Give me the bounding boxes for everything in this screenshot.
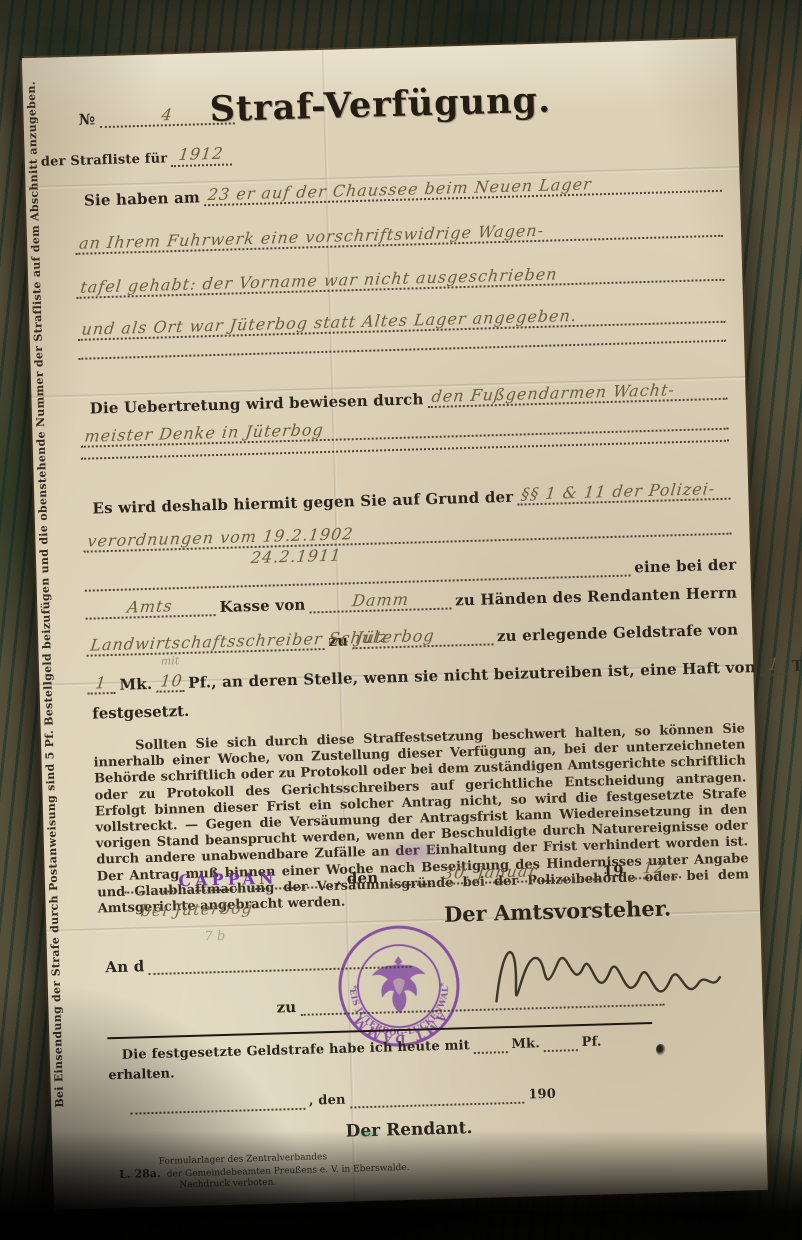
grounds-blank-2: verordnungen vom 19.2.1902 bbox=[83, 515, 731, 553]
haft-value-handwriting: 1 bbox=[767, 655, 780, 674]
offense-handwriting-3: tafel gehabt: der Vorname war nicht ausg… bbox=[79, 265, 558, 297]
rendant-row: Landwirtschaftsschreiber Schulz zu Jüter… bbox=[82, 619, 738, 658]
offense-blank-2: an Ihrem Fuhrwerk eine vorschriftswidrig… bbox=[75, 217, 723, 255]
document-paper: Bei Einsendung der Strafe durch Postanwe… bbox=[22, 38, 768, 1209]
amtsvorsteher-signature bbox=[482, 917, 735, 1039]
kasse-prefix-handwriting: Amts bbox=[127, 597, 174, 617]
receipt-den-label: , den bbox=[309, 1094, 346, 1110]
offense-blank-3: tafel gehabt: der Vorname war nicht ausg… bbox=[76, 261, 724, 299]
kasse-prefix-blank: Amts bbox=[85, 596, 216, 620]
rendant-name-handwriting: Landwirtschaftsschreiber Schulz bbox=[89, 628, 389, 655]
tage-label: Tage tritt, bbox=[792, 656, 802, 676]
offense-row-3: tafel gehabt: der Vorname war nicht ausg… bbox=[72, 261, 728, 300]
haft-value-blank: 1 bbox=[759, 655, 788, 676]
evidence-lead-label: Die Uebertretung wird bewiesen durch bbox=[90, 391, 424, 418]
offense-lead-row: Sie haben am 23 er auf der Chaussee beim… bbox=[84, 172, 726, 210]
strafliste-blank: 1912 bbox=[171, 144, 232, 167]
grounds-handwriting-1: §§ 1 & 11 der Polizei- bbox=[520, 480, 716, 504]
grounds-row-1: Es wird deshalb hiermit gegen Sie auf Gr… bbox=[92, 480, 734, 518]
margin-instruction-text: Bei Einsendung der Strafe durch Postanwe… bbox=[27, 178, 66, 1108]
receipt-mk-label: Mk. bbox=[511, 1037, 540, 1053]
pencil-note: 7 b bbox=[204, 929, 225, 945]
date-handwriting: 30. Januar bbox=[442, 862, 538, 883]
receipt-pf-label: Pf. bbox=[581, 1035, 601, 1050]
grounds-lead-label: Es wird deshalb hiermit gegen Sie auf Gr… bbox=[92, 489, 513, 518]
offense-blank-4: und als Ort war Jüterbog statt Altes Lag… bbox=[77, 303, 725, 341]
amount-row: 1 Mk. 10 Pf., an deren Stelle, wenn sie … bbox=[83, 656, 739, 695]
faint-green-mark bbox=[355, 1129, 381, 1140]
place-handwriting: bei Jüterbog bbox=[140, 898, 254, 920]
mk-value-handwriting: 1 bbox=[95, 674, 108, 693]
receipt-date-row: , den 190 bbox=[126, 1088, 556, 1115]
receipt-text-label: Die festgesetzte Geldstrafe habe ich heu… bbox=[122, 1039, 470, 1064]
offense-empty-row bbox=[74, 340, 730, 360]
receipt-place-blank bbox=[130, 1108, 305, 1115]
receipt-year-printed: 190 bbox=[528, 1088, 556, 1104]
rendant-heading: Der Rendant. bbox=[52, 1110, 766, 1150]
paper-hole bbox=[656, 1044, 666, 1056]
offense-handwriting-4: und als Ort war Jüterbog statt Altes Lag… bbox=[81, 307, 578, 339]
receipt-date-blank bbox=[350, 1102, 525, 1109]
evidence-blank-1: den Fußgendarmen Wacht- bbox=[427, 380, 728, 409]
offense-handwriting-1: 23 er auf der Chaussee beim Neuen Lager bbox=[207, 175, 593, 204]
year-handwriting: 12 bbox=[642, 859, 666, 878]
mk-label: Mk. bbox=[119, 676, 152, 694]
pf-haft-label: Pf., an deren Stelle, wenn sie nicht bei… bbox=[188, 659, 756, 692]
address-zu-label: zu bbox=[276, 999, 296, 1017]
receipt-mk-blank bbox=[474, 1051, 508, 1054]
offense-handwriting-2: an Ihrem Fuhrwerk eine vorschriftswidrig… bbox=[78, 222, 545, 253]
printer-imprint: Formularlager des Zentralverbandes L. 28… bbox=[101, 1150, 410, 1194]
strafliste-row: der Strafliste für 1912 bbox=[41, 144, 237, 170]
faint-stamp-smudge bbox=[374, 837, 455, 869]
seal-star-left: * bbox=[353, 984, 358, 995]
grounds-blank-1: §§ 1 & 11 der Polizei- bbox=[517, 480, 731, 506]
evidence-handwriting-2: meister Denke in Jüterbog bbox=[84, 421, 325, 446]
grounds-handwriting-3: 24.2.1911 bbox=[250, 546, 343, 568]
kasse-value-handwriting: Damm bbox=[351, 591, 410, 611]
erhalten-label: erhalten. bbox=[108, 1066, 175, 1083]
receipt-pf-blank bbox=[544, 1049, 578, 1052]
strafliste-year-value: 1912 bbox=[178, 145, 225, 165]
festgesetzt-label: festgesetzt. bbox=[92, 702, 189, 723]
eine-bei-der-label: eine bei der bbox=[634, 557, 737, 577]
strafliste-label: der Strafliste für bbox=[41, 152, 168, 170]
rendant-name-blank: Landwirtschaftsschreiber Schulz bbox=[86, 630, 324, 657]
den-label: , den bbox=[336, 870, 379, 888]
photo-of-document: { "header": { "no_label": "№", "no_value… bbox=[0, 0, 802, 1240]
geldstrafe-label: zu erlegende Geldstrafe von bbox=[497, 622, 739, 646]
grounds-row-2: verordnungen vom 19.2.1902 bbox=[79, 515, 735, 554]
kasse-label: Kasse von bbox=[219, 597, 305, 617]
pf-value-blank: 10 bbox=[156, 672, 185, 693]
zu-value-blank: Jüterbog bbox=[352, 625, 493, 649]
an-d-label: An d bbox=[105, 958, 145, 976]
zu-value-handwriting: Jüterbog bbox=[355, 627, 435, 648]
year-blank: 12 bbox=[628, 858, 682, 880]
offense-blank-1: 23 er auf der Chaussee beim Neuen Lager bbox=[204, 172, 722, 207]
form-reference: L. 28a. bbox=[119, 1167, 161, 1181]
offense-row-2: an Ihrem Fuhrwerk eine vorschriftswidrig… bbox=[71, 217, 727, 256]
document-title: Straf-Verfügung. bbox=[23, 74, 738, 135]
offense-lead-label: Sie haben am bbox=[84, 190, 201, 210]
pf-value-handwriting: 10 bbox=[159, 672, 183, 691]
mk-value-blank: 1 bbox=[87, 674, 116, 695]
kasse-value-blank: Damm bbox=[309, 590, 451, 614]
year-printed: 19 bbox=[602, 863, 624, 881]
place-stamp-cappan: CAPPAN bbox=[178, 868, 278, 890]
offense-row-4: und als Ort war Jüterbog statt Altes Lag… bbox=[73, 303, 729, 342]
offense-blank-empty bbox=[78, 340, 726, 360]
rendant-label: zu Händen des Rendanten Herrn bbox=[455, 585, 738, 610]
evidence-handwriting-1: den Fußgendarmen Wacht- bbox=[430, 381, 675, 406]
seal-star-right: * bbox=[439, 982, 444, 993]
marginal-handwriting-note: mit bbox=[161, 654, 180, 668]
paragraph-indent bbox=[93, 749, 135, 750]
